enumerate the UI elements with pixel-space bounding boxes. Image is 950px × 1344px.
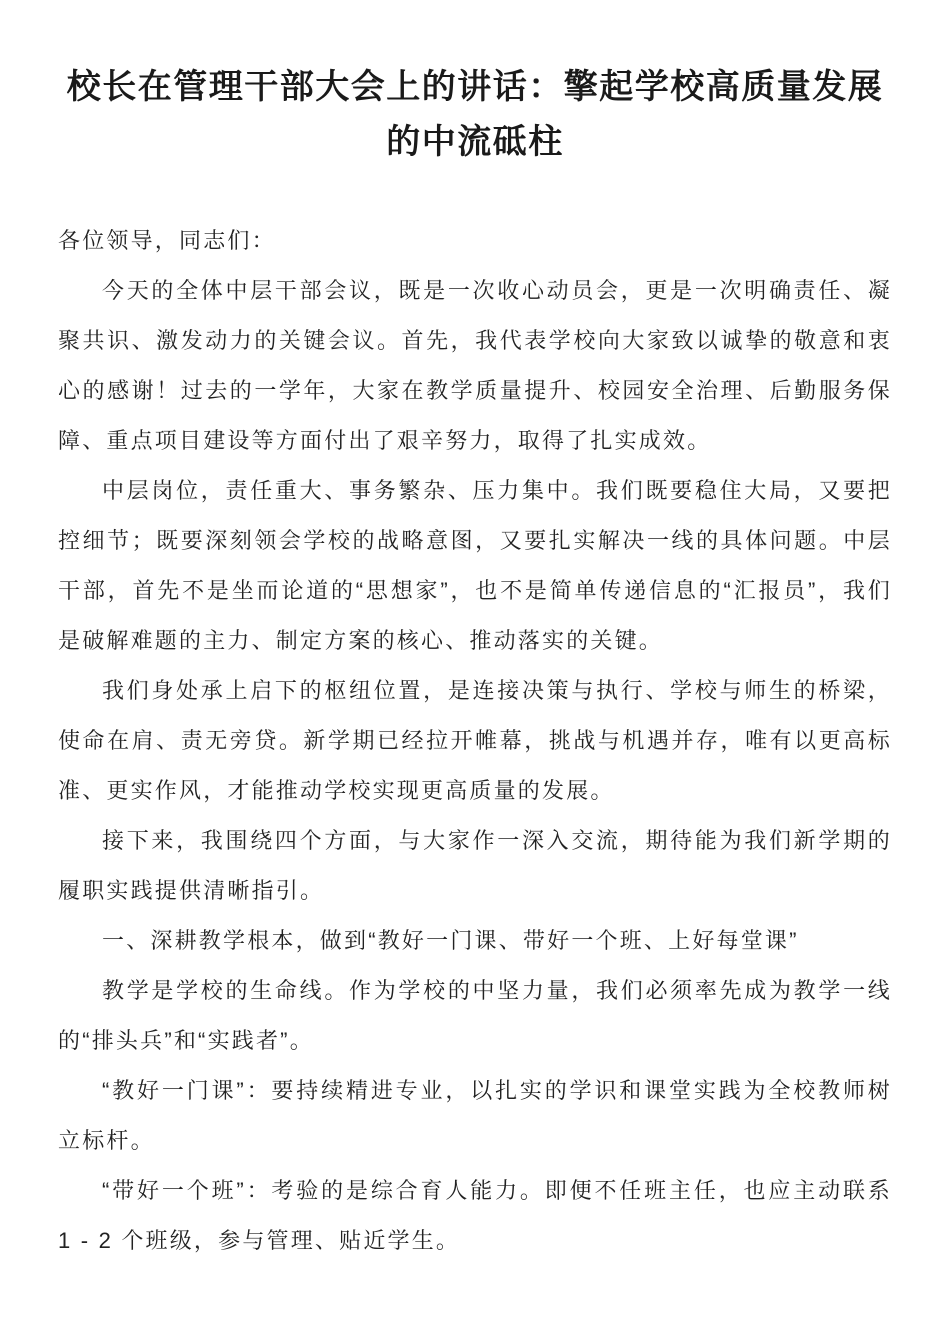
- salutation: 各位领导，同志们：: [58, 216, 892, 266]
- document-body: 各位领导，同志们： 今天的全体中层干部会议，既是一次收心动员会，更是一次明确责任…: [58, 216, 892, 1266]
- paragraph-teach-one-course: “教好一门课”：要持续精进专业，以扎实的学识和课堂实践为全校教师树立标杆。: [58, 1066, 892, 1166]
- document-page: 校长在管理干部大会上的讲话：擎起学校高质量发展的中流砥柱 各位领导，同志们： 今…: [0, 0, 950, 1344]
- document-title: 校长在管理干部大会上的讲话：擎起学校高质量发展的中流砥柱: [58, 60, 892, 170]
- paragraph-four-aspects-intro: 接下来，我围绕四个方面，与大家作一深入交流，期待能为我们新学期的履职实践提供清晰…: [58, 816, 892, 916]
- paragraph-hub-position: 我们身处承上启下的枢纽位置，是连接决策与执行、学校与师生的桥梁，使命在肩、责无旁…: [58, 666, 892, 816]
- paragraph-teaching-lifeline: 教学是学校的生命线。作为学校的中坚力量，我们必须率先成为教学一线的“排头兵”和“…: [58, 966, 892, 1066]
- section-heading-1: 一、深耕教学根本，做到“教好一门课、带好一个班、上好每堂课”: [58, 916, 892, 966]
- paragraph-middle-cadre-role: 中层岗位，责任重大、事务繁杂、压力集中。我们既要稳住大局，又要把控细节；既要深刻…: [58, 466, 892, 666]
- paragraph-lead-one-class: “带好一个班”：考验的是综合育人能力。即便不任班主任，也应主动联系 1 - 2 …: [58, 1166, 892, 1266]
- paragraph-opening-thanks: 今天的全体中层干部会议，既是一次收心动员会，更是一次明确责任、凝聚共识、激发动力…: [58, 266, 892, 466]
